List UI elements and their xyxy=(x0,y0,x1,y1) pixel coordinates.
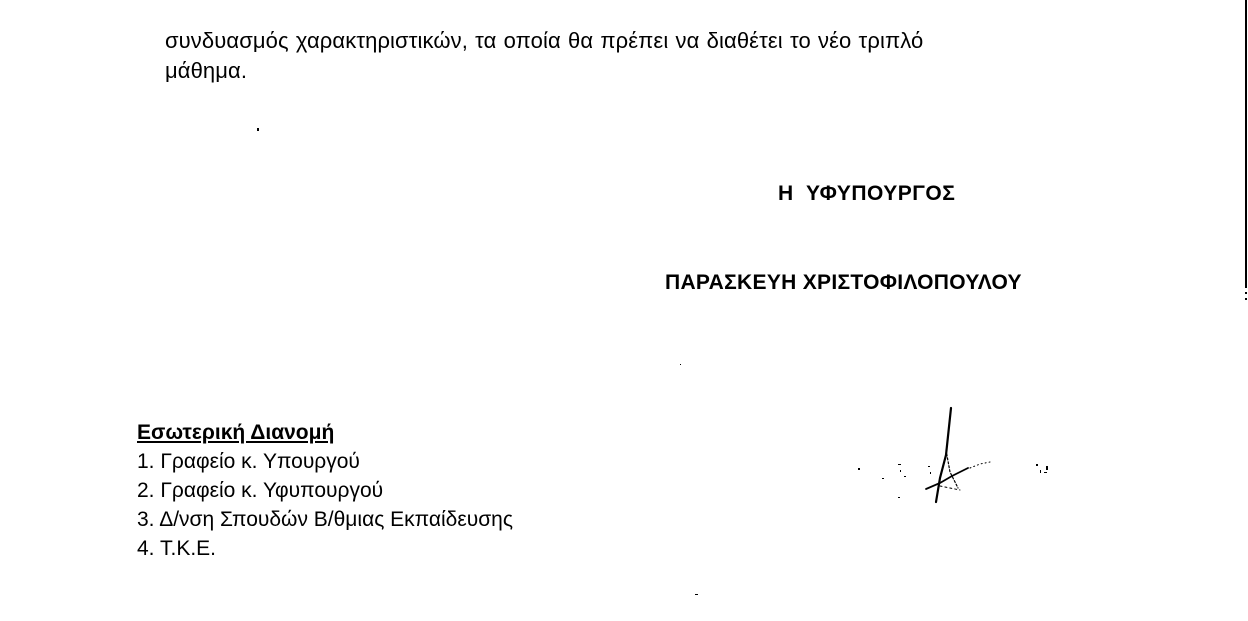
scan-speck xyxy=(695,594,698,595)
distribution-list: 1. Γραφείο κ. Υπουργού 2. Γραφείο κ. Υφυ… xyxy=(137,447,513,563)
body-text-line-1: συνδυασμός χαρακτηριστικών, τα οποία θα … xyxy=(165,26,1045,56)
scan-speck xyxy=(680,364,681,365)
signatory-name: ΠΑΡΑΣΚΕΥΗ ΧΡΙΣΤΟΦΙΛΟΠΟΥΛΟΥ xyxy=(665,271,1022,295)
scan-speck xyxy=(1245,292,1247,294)
distribution-item: 1. Γραφείο κ. Υπουργού xyxy=(137,447,513,476)
scan-speck xyxy=(1245,298,1247,300)
signature-icon xyxy=(840,400,1070,510)
scan-speck xyxy=(1245,116,1247,118)
distribution-item: 2. Γραφείο κ. Υφυπουργού xyxy=(137,476,513,505)
scan-speck xyxy=(257,128,259,131)
scan-speck xyxy=(1245,100,1247,102)
page-edge-line xyxy=(1245,0,1247,288)
body-paragraph: συνδυασμός χαρακτηριστικών, τα οποία θα … xyxy=(165,26,1045,86)
distribution-item: 4. Τ.Κ.Ε. xyxy=(137,534,513,563)
distribution-heading: Εσωτερική Διανομή xyxy=(137,418,513,447)
signatory-title: Η ΥΦΥΠΟΥΡΓΟΣ xyxy=(778,182,955,206)
scan-speck xyxy=(1245,108,1247,110)
internal-distribution: Εσωτερική Διανομή 1. Γραφείο κ. Υπουργού… xyxy=(137,418,513,563)
body-text-line-2: μάθημα. xyxy=(165,56,1045,86)
distribution-item: 3. Δ/νση Σπουδών Β/θμιας Εκπαίδευσης xyxy=(137,505,513,534)
